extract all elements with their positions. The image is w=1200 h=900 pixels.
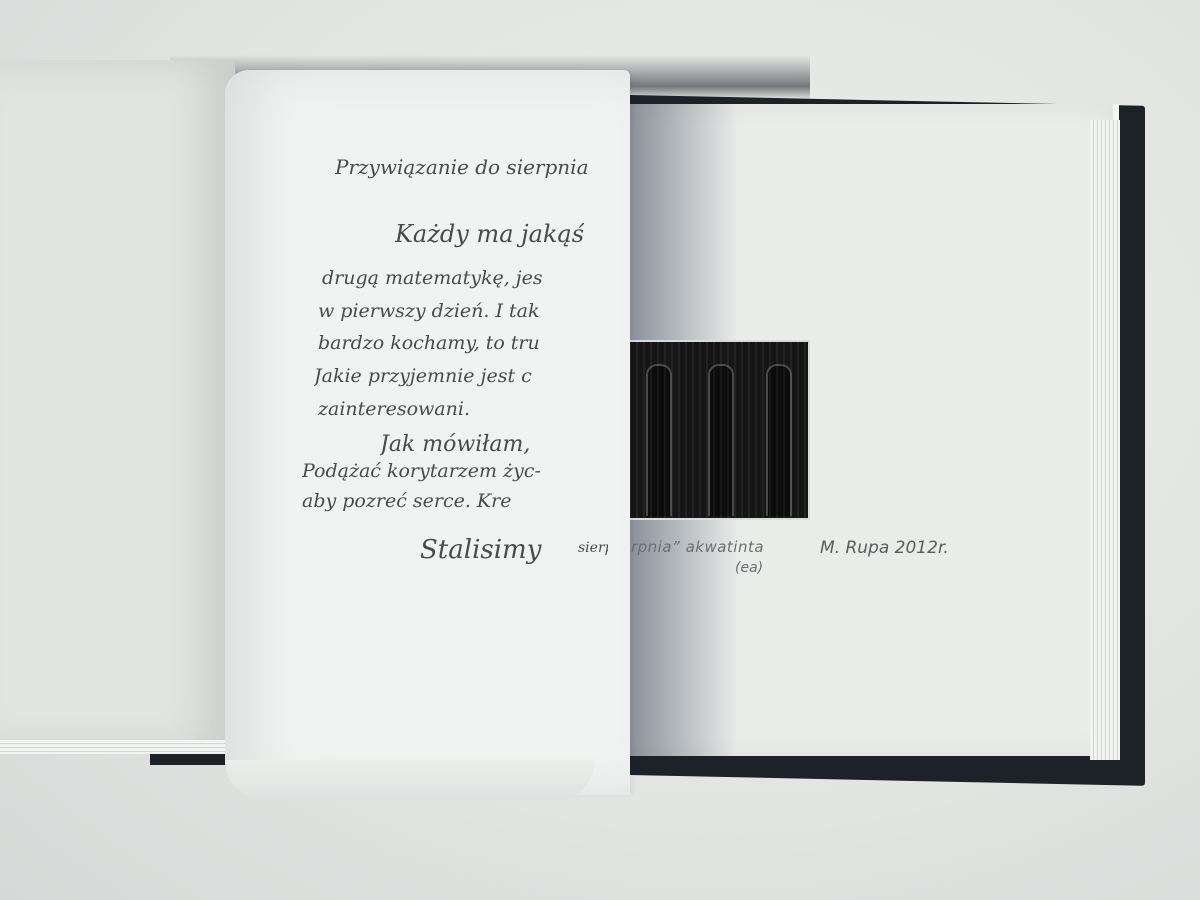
- handwriting-line: w pierwszy dzień. I tak: [318, 300, 540, 322]
- left-page: [0, 60, 235, 750]
- print-caption-note: (ea): [735, 560, 763, 576]
- artist-signature: M. Rupa 2012r.: [820, 538, 949, 558]
- handwriting-line: sierpnia: [578, 540, 608, 556]
- handwriting-title: Przywiązanie do sierpnia: [335, 155, 589, 179]
- print-texture: [608, 342, 808, 518]
- handwriting-line: bardzo kochamy, to tru: [318, 332, 540, 354]
- handwriting-line: drugą matematykę, jes: [322, 267, 543, 289]
- handwriting-line: Każdy ma jakąś: [395, 220, 584, 248]
- handwriting-line: Jak mówiłam,: [380, 432, 530, 457]
- handwriting-line: Podążać korytarzem życ-: [302, 460, 541, 482]
- right-page-deckled-edge: [1090, 120, 1120, 760]
- handwriting-line: aby pozreć serce. Kre: [302, 490, 511, 512]
- left-page-edge: [0, 740, 240, 754]
- handwriting-signature: Stalisimy: [420, 535, 541, 565]
- aquatint-print: [606, 340, 810, 520]
- handwriting-line: zainteresowani.: [318, 398, 470, 420]
- handwriting-line: Jakie przyjemnie jest c: [314, 365, 532, 387]
- curled-page-bottom: [225, 760, 595, 800]
